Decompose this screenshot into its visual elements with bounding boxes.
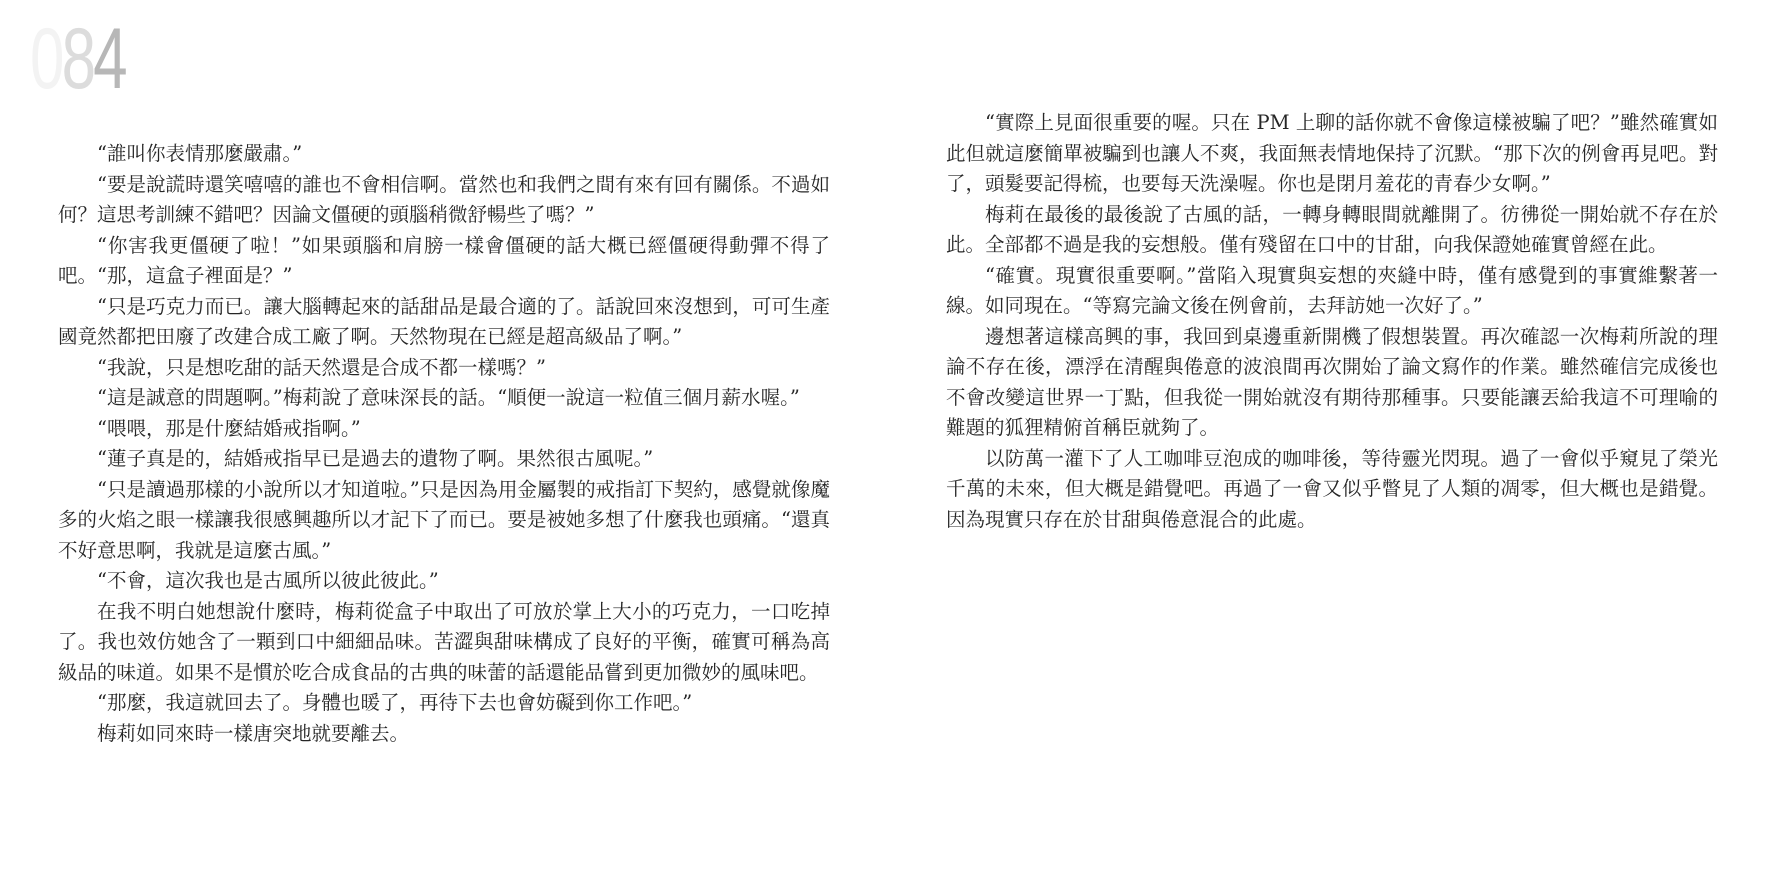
paragraph: 梅莉在最後的最後說了古風的話，一轉身轉眼間就離開了。彷彿從一開始就不存在於此。全… [946,200,1718,261]
paragraph: 以防萬一灌下了人工咖啡豆泡成的咖啡後，等待靈光閃現。過了一會似乎窺見了榮光千萬的… [946,444,1718,536]
page-number-digit: 4 [93,14,125,104]
paragraph: 在我不明白她想說什麼時，梅莉從盒子中取出了可放於掌上大小的巧克力，一口吃掉了。我… [58,597,830,689]
paragraph: “只是巧克力而已。讓大腦轉起來的話甜品是最合適的了。話說回來沒想到，可可生產國竟… [58,292,830,353]
paragraph: “那麼，我這就回去了。身體也暖了，再待下去也會妨礙到你工作吧。” [58,688,830,719]
paragraph: “實際上見面很重要的喔。只在 PM 上聊的話你就不會像這樣被騙了吧？”雖然確實如… [946,108,1718,200]
page-number-digit: 0 [30,14,62,104]
paragraph: “你害我更僵硬了啦！”如果頭腦和肩膀一樣會僵硬的話大概已經僵硬得動彈不得了吧。“… [58,231,830,292]
paragraph: 梅莉如同來時一樣唐突地就要離去。 [58,719,830,750]
paragraph: “不會，這次我也是古風所以彼此彼此。” [58,566,830,597]
paragraph: “我說，只是想吃甜的話天然還是合成不都一樣嗎？” [58,353,830,384]
page-number-digit: 8 [62,14,94,104]
paragraph: “確實。現實很重要啊。”當陷入現實與妄想的夾縫中時，僅有感覺到的事實維繫著一線。… [946,261,1718,322]
paragraph: “蓮子真是的，結婚戒指早已是過去的遺物了啊。果然很古風呢。” [58,444,830,475]
paragraph: “要是說謊時還笑嘻嘻的誰也不會相信啊。當然也和我們之間有來有回有關係。不過如何？… [58,170,830,231]
paragraph: “這是誠意的問題啊。”梅莉說了意味深長的話。“順便一說這一粒值三個月薪水喔。” [58,383,830,414]
paragraph: 邊想著這樣高興的事，我回到桌邊重新開機了假想裝置。再次確認一次梅莉所說的理論不存… [946,322,1718,444]
paragraph: “喂喂，那是什麼結婚戒指啊。” [58,414,830,445]
paragraph: “只是讀過那樣的小說所以才知道啦。”只是因為用金屬製的戒指訂下契約，感覺就像魔多… [58,475,830,567]
page-number: 084 [30,14,125,104]
left-text-column: “誰叫你表情那麼嚴肅。” “要是說謊時還笑嘻嘻的誰也不會相信啊。當然也和我們之間… [58,139,830,749]
right-text-column: “實際上見面很重要的喔。只在 PM 上聊的話你就不會像這樣被騙了吧？”雖然確實如… [946,108,1718,535]
paragraph: “誰叫你表情那麼嚴肅。” [58,139,830,170]
